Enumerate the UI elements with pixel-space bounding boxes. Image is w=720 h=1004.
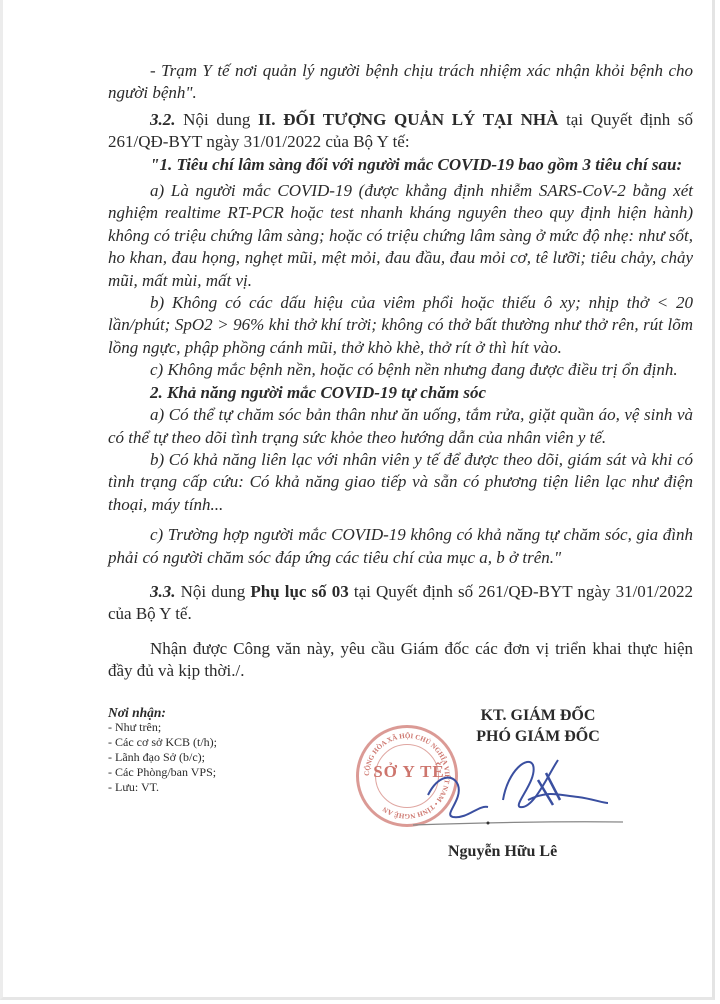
recipient-item: - Các Phòng/ban VPS; (108, 765, 217, 780)
criteria-2-b: b) Có khả năng liên lạc với nhân viên y … (108, 449, 693, 516)
criteria-2-heading: 2. Khả năng người mắc COVID-19 tự chăm s… (108, 382, 693, 404)
section-title: II. ĐỐI TƯỢNG QUẢN LÝ TẠI NHÀ (258, 110, 558, 129)
signature-title-2: PHÓ GIÁM ĐỐC (438, 726, 638, 747)
criteria-2-a: a) Có thể tự chăm sóc bản thân như ăn uố… (108, 404, 693, 449)
document-page: - Trạm Y tế nơi quản lý người bệnh chịu … (0, 0, 715, 1000)
criteria-1-c: c) Không mắc bệnh nền, hoặc có bệnh nền … (108, 359, 693, 381)
recipient-item: - Lưu: VT. (108, 780, 217, 795)
section-title: Phụ lục số 03 (250, 582, 348, 601)
paragraph-health-station: - Trạm Y tế nơi quản lý người bệnh chịu … (108, 60, 693, 105)
recipient-item: - Lãnh đạo Sở (b/c); (108, 750, 217, 765)
criteria-2-c: c) Trường hợp người mắc COVID-19 không c… (108, 524, 693, 569)
recipient-item: - Các cơ sở KCB (t/h); (108, 735, 217, 750)
section-number: 3.2. (150, 110, 176, 129)
signature-title-1: KT. GIÁM ĐỐC (438, 705, 638, 726)
recipients-title: Nơi nhận: (108, 705, 217, 720)
section-3-2: 3.2. Nội dung II. ĐỐI TƯỢNG QUẢN LÝ TẠI … (108, 109, 693, 154)
document-footer: Nơi nhận: - Như trên; - Các cơ sở KCB (t… (108, 705, 698, 885)
section-3-3: 3.3. Nội dung Phụ lục số 03 tại Quyết đị… (108, 581, 693, 626)
closing-paragraph: Nhận được Công văn này, yêu cầu Giám đốc… (108, 638, 693, 683)
document-body: - Trạm Y tế nơi quản lý người bệnh chịu … (108, 60, 693, 683)
criteria-1-a: a) Là người mắc COVID-19 (được khẳng địn… (108, 180, 693, 292)
criteria-1-heading: "1. Tiêu chí lâm sàng đối với người mắc … (108, 154, 693, 176)
handwritten-signature-icon (408, 745, 628, 835)
recipients-list: Nơi nhận: - Như trên; - Các cơ sở KCB (t… (108, 705, 217, 795)
recipient-item: - Như trên; (108, 720, 217, 735)
section-number: 3.3. (150, 582, 176, 601)
signer-name: Nguyễn Hữu Lê (448, 843, 557, 861)
criteria-1-b: b) Không có các dấu hiệu của viêm phổi h… (108, 292, 693, 359)
signature-block: KT. GIÁM ĐỐC PHÓ GIÁM ĐỐC (438, 705, 638, 747)
